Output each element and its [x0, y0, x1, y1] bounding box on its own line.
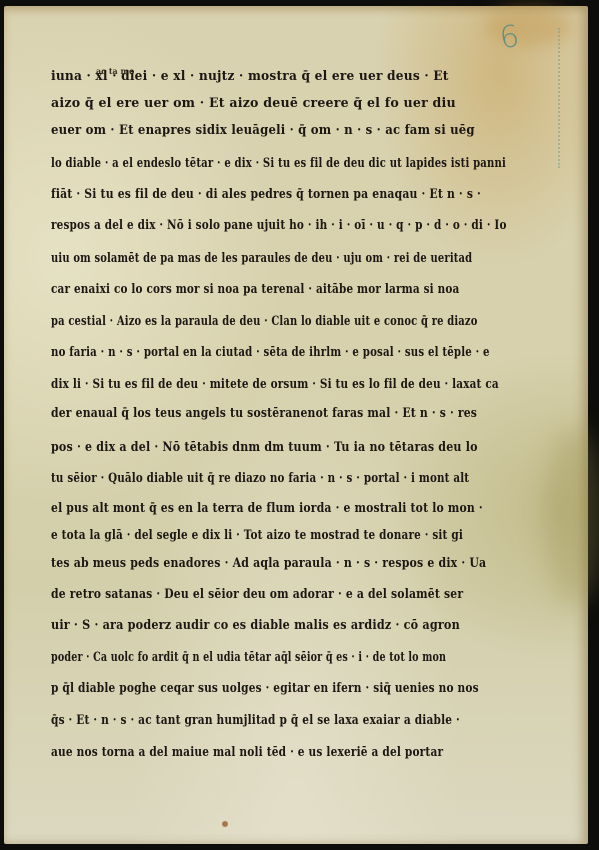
text-line: lo diable · a el endeslo tētar · e dix ·… [51, 155, 506, 170]
text-line: q̄s · Et · n · s · ac tant gran humjlita… [51, 712, 460, 727]
text-line: aizo q̄ el ere uer om · Et aizo deuē cre… [51, 95, 456, 110]
text-line: pa cestial · Aizo es la paraula de deu ·… [51, 313, 477, 328]
text-line: uir · S · ara poderz audir co es diable … [51, 617, 460, 632]
text-line: tu sēior · Quālo diable uit q̄ re diazo … [51, 470, 469, 485]
text-line: respos a del e dix · Nō i solo pane ujui… [51, 217, 507, 232]
text-line: el pus alt mont q̄ es en la terra de flu… [51, 500, 483, 515]
text-line: pos · e dix a del · Nō tētabis dnm dm tu… [51, 439, 478, 454]
text-line: car enaixi co lo cors mor si noa pa tere… [51, 281, 459, 296]
text-line: uiu om solamēt de pa mas de les paraules… [51, 250, 472, 265]
text-line: iuna · xl · diei · e xl · nujtz · mostra… [51, 68, 449, 83]
text-line: no faria · n · s · portal en la ciutad ·… [51, 344, 490, 359]
text-line: dix li · Si tu es fil de deu · mitete de… [51, 376, 499, 391]
parchment-stain [544, 426, 599, 606]
text-line: der enaual q̄ los teus angels tu sostēra… [51, 405, 477, 420]
manuscript-page: 6 ac ta mo iuna · xl · diei · e xl · nuj… [4, 6, 588, 844]
text-line: p q̄l diable poghe ceqar sus uolges · eg… [51, 680, 479, 695]
text-line: de retro satanas · Deu el sēior deu om a… [51, 586, 463, 601]
text-line: aue nos torna a del maiue mal noli tēd ·… [51, 744, 443, 759]
margin-ruling [558, 28, 562, 168]
text-line: fiāt · Si tu es fil de deu · di ales ped… [51, 186, 481, 201]
text-line: euer om · Et enapres sidix leuāgeli · q̄… [51, 122, 475, 137]
parchment-stain [222, 821, 228, 827]
text-line: poder · Ca uolc fo ardit q̄ n el udia tē… [51, 649, 446, 664]
text-line: e tota la glā · del segle e dix li · Tot… [51, 527, 463, 542]
text-line: tes ab meus peds enadores · Ad aqla para… [51, 555, 486, 570]
folio-number: 6 [498, 19, 522, 56]
